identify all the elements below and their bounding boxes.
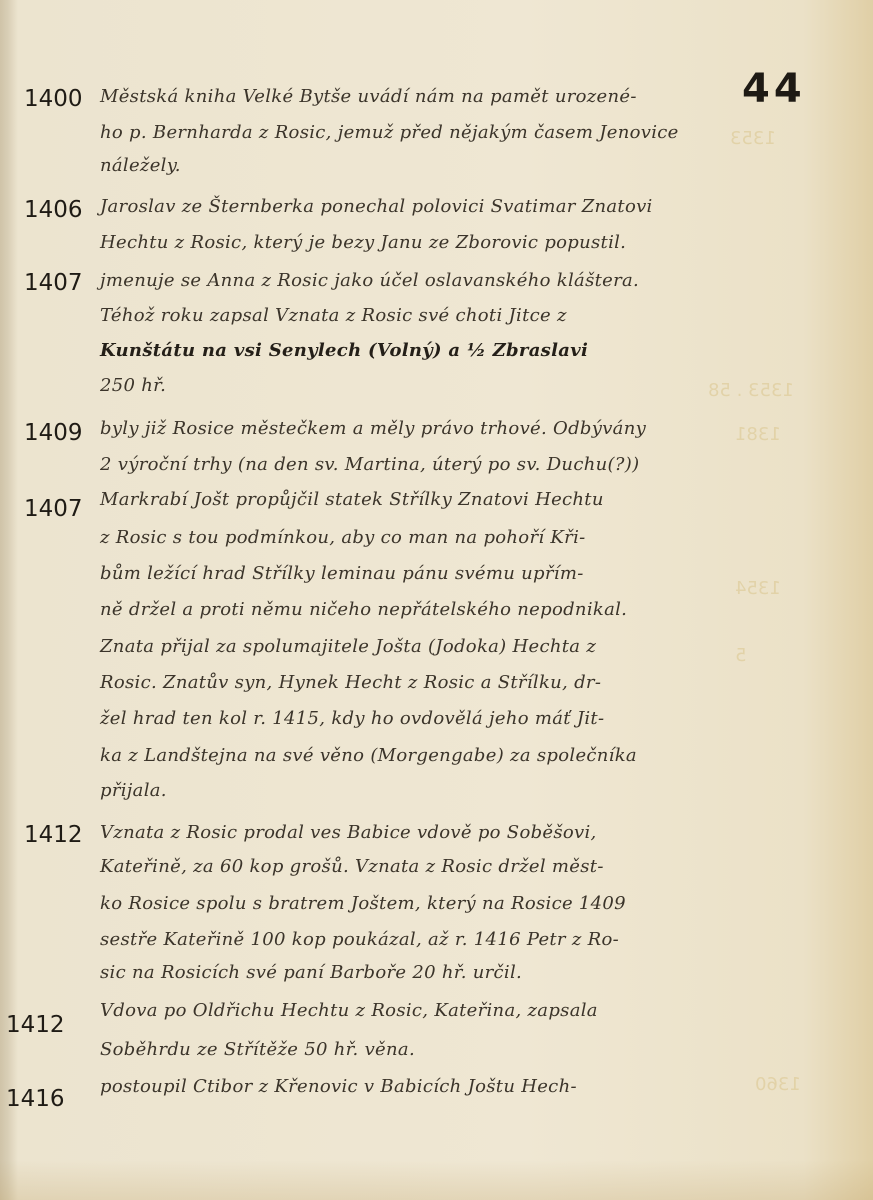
- entry-line: 250 hř.: [100, 375, 700, 396]
- page-number: 44: [742, 66, 806, 112]
- entry-line: Rosic. Znatův syn, Hynek Hecht z Rosic a…: [100, 672, 700, 693]
- bleed-through-mark: 1353: [730, 128, 776, 149]
- entry-year: 1412: [24, 822, 83, 848]
- entry-line: Hechtu z Rosic, který je bezy Janu ze Zb…: [100, 232, 700, 253]
- entry-line: náležely.: [100, 155, 700, 176]
- entry-line: sic na Rosicích své paní Barboře 20 hř. …: [100, 962, 700, 983]
- entry-year: 1416: [6, 1086, 65, 1112]
- entry-line: sestře Kateřině 100 kop poukázal, až r. …: [100, 929, 700, 950]
- entry-line: přijala.: [100, 780, 700, 801]
- entry-line: Vznata z Rosic prodal ves Babice vdově p…: [100, 822, 700, 843]
- bleed-through-mark: 5: [735, 645, 746, 666]
- entry-year: 1400: [24, 86, 83, 112]
- entry-line: žel hrad ten kol r. 1415, kdy ho ovdověl…: [100, 708, 700, 729]
- entry-line: ko Rosice spolu s bratrem Joštem, který …: [100, 893, 700, 914]
- entry-line: postoupil Ctibor z Křenovic v Babicích J…: [100, 1076, 700, 1097]
- entry-line: ně držel a proti němu ničeho nepřátelské…: [100, 599, 700, 620]
- bleed-through-mark: 1354: [735, 578, 781, 599]
- entry-year: 1406: [24, 197, 83, 223]
- entry-line: byly již Rosice městečkem a měly právo t…: [100, 418, 700, 439]
- entry-line: Soběhrdu ze Střítěže 50 hř. věna.: [100, 1039, 700, 1060]
- entry-year: 1412: [6, 1012, 65, 1038]
- entry-line: Jaroslav ze Šternberka ponechal polovici…: [100, 196, 700, 217]
- entry-line: bům ležící hrad Střílky leminau pánu své…: [100, 563, 700, 584]
- entry-line: Téhož roku zapsal Vznata z Rosic své cho…: [100, 305, 700, 326]
- entry-line: ho p. Bernharda z Rosic, jemuž před něja…: [100, 122, 700, 143]
- entry-line: Znata přijal za spolumajitele Jošta (Jod…: [100, 636, 700, 657]
- entry-year: 1409: [24, 420, 83, 446]
- entry-line: Vdova po Oldřichu Hechtu z Rosic, Kateři…: [100, 1000, 700, 1021]
- entry-line: Kunštátu na vsi Senylech (Volný) a ½ Zbr…: [100, 340, 700, 361]
- entry-line: z Rosic s tou podmínkou, aby co man na p…: [100, 527, 700, 548]
- manuscript-page: 44 1353 1353 . 58 1381 1354 5 1360 1400 …: [0, 0, 873, 1200]
- entry-line: Markrabí Jošt propůjčil statek Střílky Z…: [100, 489, 700, 510]
- bleed-through-mark: 1353 . 58: [708, 380, 794, 401]
- entry-line: Kateřině, za 60 kop grošů. Vznata z Rosi…: [100, 856, 700, 877]
- bleed-through-mark: 1381: [735, 424, 781, 445]
- bleed-through-mark: 1360: [755, 1074, 801, 1095]
- entry-line: 2 výroční trhy (na den sv. Martina, úter…: [100, 454, 700, 475]
- entry-line: jmenuje se Anna z Rosic jako účel oslava…: [100, 270, 700, 291]
- entry-line: Městská kniha Velké Bytše uvádí nám na p…: [100, 86, 700, 107]
- entry-line: ka z Landštejna na své věno (Morgengabe)…: [100, 745, 700, 766]
- entry-year: 1407: [24, 270, 83, 296]
- entry-year: 1407: [24, 496, 83, 522]
